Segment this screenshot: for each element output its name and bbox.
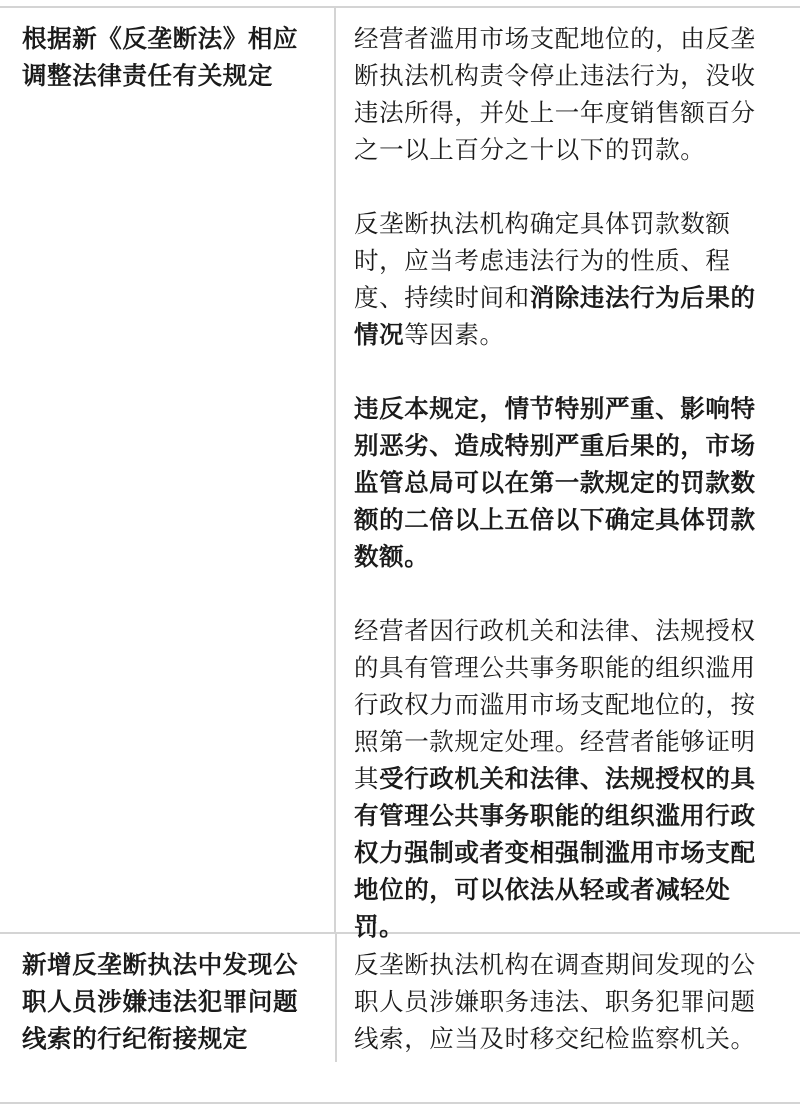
row-heading: 根据新《反垄断法》相应调整法律责任有关规定 — [22, 20, 314, 94]
row-content-cell: 反垄断执法机构在调查期间发现的公职人员涉嫌职务违法、职务犯罪问题线索，应当及时移… — [336, 934, 800, 1102]
row-heading-cell: 新增反垄断执法中发现公职人员涉嫌违法犯罪问题线索的行纪衔接规定 — [0, 934, 336, 1102]
row-content-cell: 经营者滥用市场支配地位的，由反垄断执法机构责令停止违法行为，没收违法所得，并处上… — [336, 8, 800, 932]
paragraph: 经营者滥用市场支配地位的，由反垄断执法机构责令停止违法行为，没收违法所得，并处上… — [354, 20, 778, 168]
row-heading-cell: 根据新《反垄断法》相应调整法律责任有关规定 — [0, 8, 336, 932]
paragraph: 反垄断执法机构在调查期间发现的公职人员涉嫌职务违法、职务犯罪问题线索，应当及时移… — [354, 946, 778, 1057]
table-row: 根据新《反垄断法》相应调整法律责任有关规定 经营者滥用市场支配地位的，由反垄断执… — [0, 8, 800, 934]
text-segment-bold: 违反本规定，情节特别严重、影响特别恶劣、造成特别严重后果的，市场监管总局可以在第… — [354, 394, 756, 571]
text-segment-bold: 受行政机关和法律、法规授权的具有管理公共事务职能的组织滥用行政权力强制或者变相强… — [354, 764, 756, 941]
paragraph: 违反本规定，情节特别严重、影响特别恶劣、造成特别严重后果的，市场监管总局可以在第… — [354, 390, 778, 575]
text-segment: 反垄断执法机构在调查期间发现的公职人员涉嫌职务违法、职务犯罪问题线索，应当及时移… — [354, 950, 756, 1053]
text-segment: 等因素。 — [404, 320, 504, 349]
comparison-table: 根据新《反垄断法》相应调整法律责任有关规定 经营者滥用市场支配地位的，由反垄断执… — [0, 6, 800, 1104]
column-divider — [335, 934, 337, 1062]
text-segment: 经营者滥用市场支配地位的，由反垄断执法机构责令停止违法行为，没收违法所得，并处上… — [354, 24, 756, 164]
row-heading: 新增反垄断执法中发现公职人员涉嫌违法犯罪问题线索的行纪衔接规定 — [22, 946, 316, 1057]
paragraph: 经营者因行政机关和法律、法规授权的具有管理公共事务职能的组织滥用行政权力而滥用市… — [354, 612, 778, 945]
paragraph: 反垄断执法机构确定具体罚款数额时，应当考虑违法行为的性质、程度、持续时间和消除违… — [354, 205, 778, 353]
table-row: 新增反垄断执法中发现公职人员涉嫌违法犯罪问题线索的行纪衔接规定 反垄断执法机构在… — [0, 934, 800, 1104]
